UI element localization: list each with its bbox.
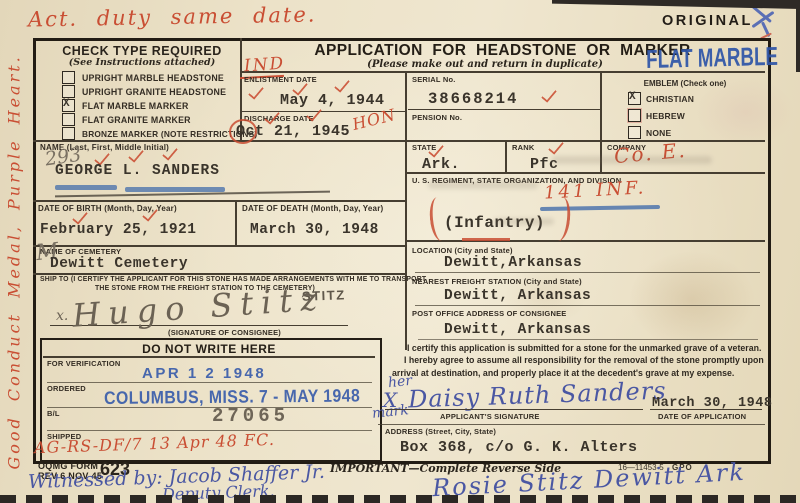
- rule: [385, 409, 643, 410]
- certification-line2: I hereby agree to assume all responsibil…: [392, 354, 766, 379]
- rule: [650, 409, 762, 410]
- certification-line1: I certify this application is submitted …: [395, 342, 767, 355]
- check-type-subtitle: (See Instructions attached): [52, 57, 232, 68]
- checkbox-upright-marble: [62, 71, 75, 84]
- red-underline: [462, 238, 510, 241]
- location-value: Dewitt,Arkansas: [444, 255, 582, 271]
- bleed-through-smudge: [428, 181, 538, 189]
- serial-no-label: SERIAL No.: [412, 75, 456, 84]
- checkbox-none: [628, 126, 641, 139]
- rule: [415, 272, 760, 273]
- bl-value: 27065: [212, 405, 289, 427]
- checkbox-label: FLAT GRANITE MARKER: [82, 115, 191, 125]
- address-label: ADDRESS (Street, City, State): [385, 427, 496, 436]
- applicant-signature-label: APPLICANT'S SIGNATURE: [440, 412, 540, 421]
- blue-crayon-underline: [125, 187, 225, 192]
- freight-station-label: NEAREST FREIGHT STATION (City and State): [412, 277, 582, 286]
- original-label: ORIGINAL: [662, 13, 753, 29]
- checkbox-flat-marble: X: [62, 99, 75, 112]
- checkbox-bronze: [62, 127, 75, 140]
- post-office-value: Dewitt, Arkansas: [444, 322, 591, 338]
- rule: [235, 200, 237, 245]
- bl-label: B/L: [47, 409, 60, 418]
- pension-no-label: PENSION No.: [412, 113, 462, 122]
- scan-edge-right: [796, 0, 800, 72]
- rule: [47, 407, 372, 408]
- rule: [405, 71, 407, 350]
- scan-edge-top: [552, 0, 800, 9]
- top-margin-note: Act. duty same date.: [28, 2, 317, 31]
- rule: [418, 339, 758, 340]
- rule: [33, 200, 406, 202]
- for-verification-label: FOR VERIFICATION: [47, 359, 120, 368]
- discharge-date-label: DISCHARGE DATE: [244, 114, 314, 123]
- consignee-x-mark: x.: [56, 308, 68, 324]
- bleed-through-smudge: [494, 218, 554, 225]
- location-label: LOCATION (City and State): [412, 246, 513, 255]
- ordered-label: ORDERED: [47, 384, 86, 393]
- rule: [408, 109, 600, 110]
- flat-marble-stamp: FLAT MARBLE: [646, 41, 778, 75]
- date-of-death-value: March 30, 1948: [250, 222, 379, 238]
- serial-no-value: 38668214: [428, 90, 518, 108]
- rule: [33, 273, 406, 275]
- checkbox-flat-granite: [62, 113, 75, 126]
- checkbox-label: FLAT MARBLE MARKER: [82, 101, 189, 111]
- rule: [415, 305, 760, 306]
- rule: [405, 240, 765, 242]
- post-office-label: POST OFFICE ADDRESS OF CONSIGNEE: [412, 309, 566, 318]
- emblem-label: EMBLEM (Check one): [610, 79, 760, 88]
- rule: [505, 140, 507, 172]
- scan-edge-bottom: [0, 495, 800, 503]
- checkbox-label: UPRIGHT GRANITE HEADSTONE: [82, 87, 226, 97]
- rank-label: RANK: [512, 143, 534, 152]
- signature-of-consignee-label: (SIGNATURE OF CONSIGNEE): [168, 328, 281, 337]
- emblem-option-label: HEBREW: [646, 111, 685, 121]
- cemetery-value: Dewitt Cemetery: [50, 256, 188, 272]
- scanned-form-card: Act. duty same date. ORIGINAL Good Condu…: [0, 0, 800, 503]
- checkbox-upright-granite: [62, 85, 75, 98]
- name-value: GEORGE L. SANDERS: [55, 163, 220, 179]
- check-type-title: CHECK TYPE REQUIRED: [52, 44, 232, 58]
- rule: [47, 430, 372, 431]
- blue-crayon-underline: [55, 185, 117, 190]
- checkbox-christian: X: [628, 92, 641, 105]
- checkbox-hebrew: [628, 109, 641, 122]
- checkbox-label: UPRIGHT MARBLE HEADSTONE: [82, 73, 224, 83]
- rule: [47, 382, 372, 383]
- ind-note: IND: [243, 54, 286, 77]
- freight-station-value: Dewitt, Arkansas: [444, 288, 591, 304]
- ship-to-label-line1: SHIP TO (I CERTIFY THE APPLICANT FOR THI…: [40, 276, 426, 283]
- date-of-death-label: DATE OF DEATH (Month, Day, Year): [242, 204, 383, 213]
- address-value: Box 368, c/o G. K. Alters: [400, 439, 638, 456]
- blue-scribble-mark: [745, 6, 779, 40]
- left-margin-note: Good Conduct Medal, Purple Heart.: [5, 110, 24, 470]
- verification-date-stamp: APR 1 2 1948: [142, 365, 266, 382]
- emblem-option-label: NONE: [646, 128, 671, 138]
- do-not-write-title: DO NOT WRITE HERE: [40, 342, 378, 356]
- rule: [43, 356, 375, 358]
- enlistment-date-value: May 4, 1944: [280, 92, 385, 109]
- emblem-option-label: CHRISTIAN: [646, 94, 694, 104]
- state-value: Ark.: [422, 156, 460, 173]
- bleed-through-smudge: [552, 156, 712, 164]
- rule: [378, 424, 765, 425]
- date-of-birth-value: February 25, 1921: [40, 222, 196, 238]
- date-of-application-label: DATE OF APPLICATION: [658, 412, 746, 421]
